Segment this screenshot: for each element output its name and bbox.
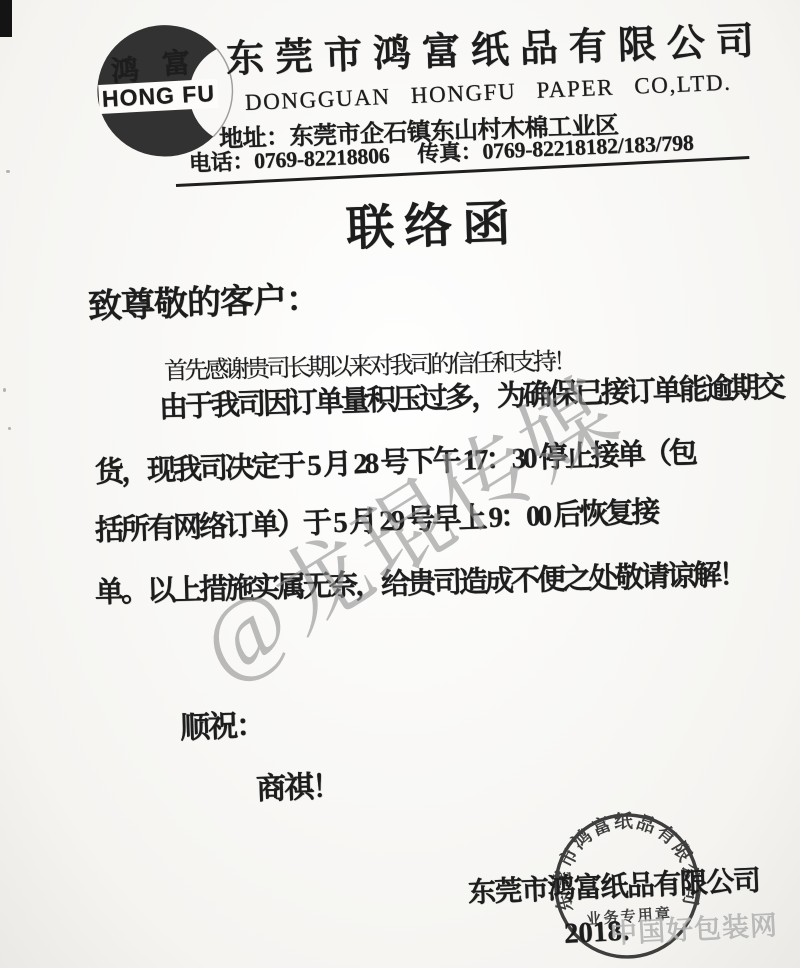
phone-line: 电话：0769-82218806 xyxy=(189,143,390,176)
scan-corner-mark xyxy=(0,0,12,37)
closing-greeting: 商祺！ xyxy=(255,761,340,808)
scanned-letter-page: 鸿 富 HONG FU 东莞市鸿富纸品有限公司 DONGGUAN HONGFU … xyxy=(0,0,800,968)
letter-title: 联络函 xyxy=(345,185,521,259)
scan-speck xyxy=(3,388,6,392)
scan-speck xyxy=(6,170,10,173)
scan-speck xyxy=(8,427,11,430)
signature-company: 东莞市鸿富纸品有限公司 xyxy=(467,859,760,911)
logo-latin-text: HONG FU xyxy=(98,79,218,114)
closing-wish: 顺祝： xyxy=(179,700,264,747)
watermark-corner: 中国好包装网 xyxy=(609,903,779,951)
logo-char-fu: 富 xyxy=(161,41,192,83)
salutation: 致尊敬的客户： xyxy=(87,271,320,328)
